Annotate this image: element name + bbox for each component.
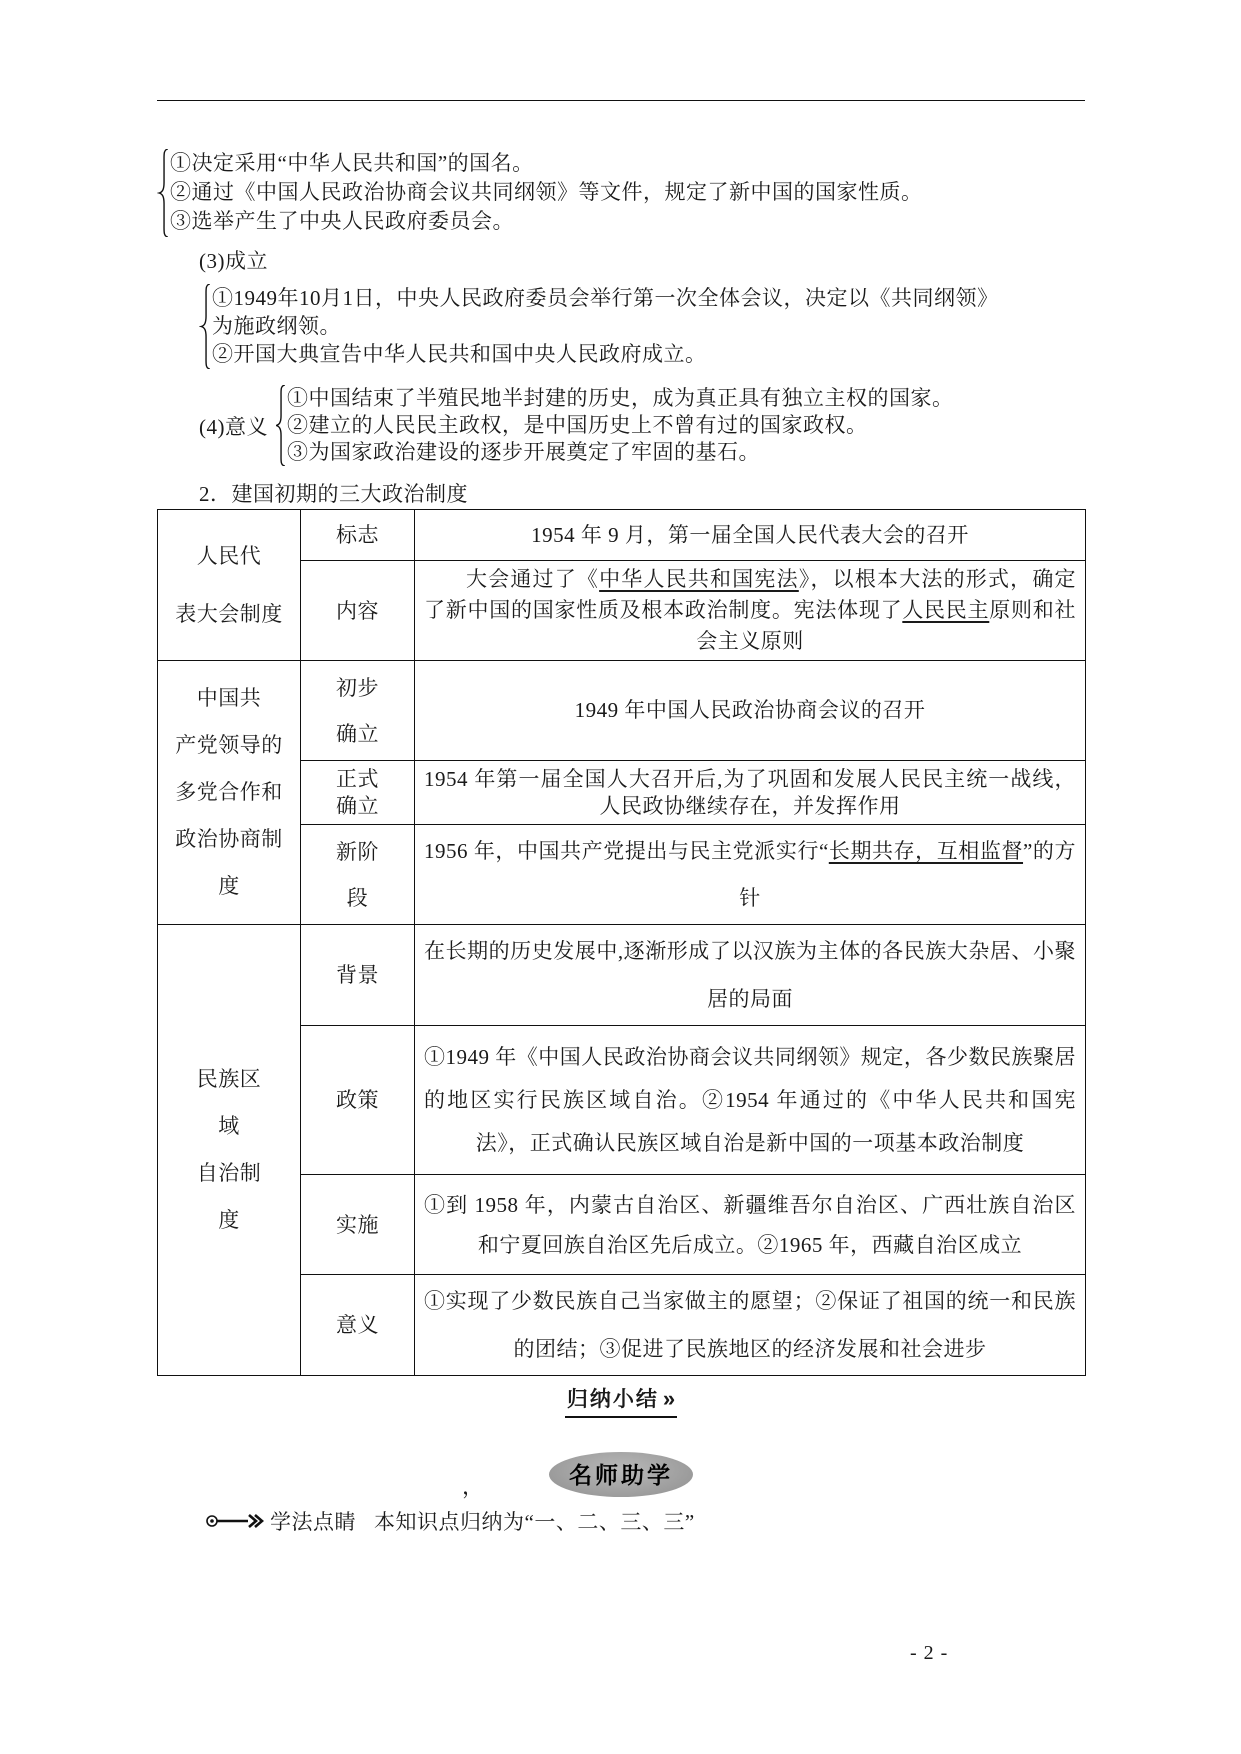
table-row-label-cell: 正式 确立: [301, 761, 415, 825]
section-heading: 2．建国初期的三大政治制度: [199, 478, 468, 508]
table-row-label-cell: 新阶 段: [301, 825, 415, 925]
double-arrow-icon: »: [663, 1386, 675, 1411]
table-row: 民族区 域 自治制 度 背景 在长期的历史发展中,逐渐形成了以汉族为主体的各民族…: [158, 925, 1086, 1026]
study-tip-line: 学法点睛 本知识点归纳为“一、二、三、三”: [204, 1506, 695, 1536]
table-row-label-cell: 政策: [301, 1026, 415, 1175]
text-segment: 在长期的历史发展中,逐渐形成了以汉族为主体的各民族大杂居、小聚居的局面: [424, 939, 1076, 1011]
establish-list: ①1949年10月1日，中央人民政府委员会举行第一次全体会议，决定以《共同纲领》…: [212, 284, 999, 369]
text-segment: ①1949 年《中国人民政治协商会议共同纲领》规定，各少数民族聚居的地区实行民族…: [424, 1045, 1076, 1155]
resolution-brace-group: ①决定采用“中华人民共和国”的国名。②通过《中国人民政治协商会议共同纲领》等文件…: [157, 149, 923, 237]
table-row-content-cell: ①到 1958 年，内蒙古自治区、新疆维吾尔自治区、广西壮族自治区和宁夏回族自治…: [415, 1175, 1086, 1275]
text-segment: ①到 1958 年，内蒙古自治区、新疆维吾尔自治区、广西壮族自治区和宁夏回族自治…: [424, 1193, 1076, 1257]
page-number: - 2 -: [910, 1642, 948, 1665]
list-item: ③选举产生了中央人民政府委员会。: [170, 207, 923, 236]
text-segment: 大会通过了《: [466, 567, 599, 591]
underlined-term: 人民民主: [902, 598, 989, 622]
table-row-content-cell: 在长期的历史发展中,逐渐形成了以汉族为主体的各民族大杂居、小聚居的局面: [415, 925, 1086, 1026]
table-row-label-cell: 意义: [301, 1275, 415, 1376]
text-segment: 1954 年 9 月，第一届全国人民代表大会的召开: [531, 523, 969, 547]
table-row-content-cell: ①实现了少数民族自己当家做主的愿望；②保证了祖国的统一和民族的团结；③促进了民族…: [415, 1275, 1086, 1376]
left-brace-icon: [199, 284, 212, 369]
meaning-label: (4)意义: [199, 411, 268, 441]
table-row: 中国共 产党领导的 多党合作和 政治协商制 度 初步 确立 1949 年中国人民…: [158, 661, 1086, 761]
meaning-brace-group: (4)意义 ①中国结束了半殖民地半封建的历史，成为真正具有独立主权的国家。②建立…: [199, 385, 954, 466]
table-row-content-cell: 1954 年 9 月，第一届全国人民代表大会的召开: [415, 510, 1086, 561]
table-row-label-cell: 实施: [301, 1175, 415, 1275]
table-row-content-cell: 1956 年，中国共产党提出与民主党派实行“长期共存，互相监督”的方针: [415, 825, 1086, 925]
teacher-badge: 名师助学: [549, 1452, 693, 1497]
list-item: ①中国结束了半殖民地半封建的历史，成为真正具有独立主权的国家。: [287, 385, 954, 412]
politics-systems-table: 人民代 表大会制度 标志 1954 年 9 月，第一届全国人民代表大会的召开 内…: [157, 509, 1086, 1376]
table-row-content-cell: 1954 年第一届全国人大召开后,为了巩固和发展人民民主统一战线，人民政协继续存…: [415, 761, 1086, 825]
table-row-label-cell: 初步 确立: [301, 661, 415, 761]
table-section-title-cell: 人民代 表大会制度: [158, 510, 301, 661]
resolution-list: ①决定采用“中华人民共和国”的国名。②通过《中国人民政治协商会议共同纲领》等文件…: [170, 149, 923, 237]
table-row-label-cell: 内容: [301, 561, 415, 661]
table-section-title-cell: 中国共 产党领导的 多党合作和 政治协商制 度: [158, 661, 301, 925]
underlined-term: 长期共存，互相监督: [829, 839, 1023, 863]
summary-heading: 归纳小结»: [565, 1383, 677, 1418]
list-item: ①1949年10月1日，中央人民政府委员会举行第一次全体会议，决定以《共同纲领》…: [212, 284, 999, 340]
summary-heading-wrap: 归纳小结»: [157, 1383, 1085, 1418]
tip-pointer-icon: [204, 1512, 266, 1530]
teacher-badge-wrap: 名师助学: [157, 1452, 1085, 1497]
establish-label: (3)成立: [199, 245, 268, 275]
list-item: ①决定采用“中华人民共和国”的国名。: [170, 149, 923, 178]
comma-mark: ，: [462, 1470, 484, 1501]
summary-title: 归纳小结: [567, 1388, 659, 1411]
table-section-title-cell: 民族区 域 自治制 度: [158, 925, 301, 1376]
header-rule: [157, 100, 1085, 101]
text-segment: 1954 年第一届全国人大召开后,为了巩固和发展人民民主统一战线，人民政协继续存…: [424, 767, 1076, 818]
tip-text: 本知识点归纳为“一、二、三、三”: [374, 1506, 695, 1536]
list-item: ②开国大典宣告中华人民共和国中央人民政府成立。: [212, 340, 999, 368]
table-row-content-cell: ①1949 年《中国人民政治协商会议共同纲领》规定，各少数民族聚居的地区实行民族…: [415, 1026, 1086, 1175]
list-item: ③为国家政治建设的逐步开展奠定了牢固的基石。: [287, 439, 954, 466]
tip-label: 学法点睛: [270, 1506, 356, 1536]
table-row-label-cell: 背景: [301, 925, 415, 1026]
table-row-content-cell: 大会通过了《中华人民共和国宪法》，以根本大法的形式，确定了新中国的国家性质及根本…: [415, 561, 1086, 661]
document-page: ①决定采用“中华人民共和国”的国名。②通过《中国人民政治协商会议共同纲领》等文件…: [0, 0, 1241, 1754]
meaning-list: ①中国结束了半殖民地半封建的历史，成为真正具有独立主权的国家。②建立的人民民主政…: [287, 385, 954, 466]
table-row: 人民代 表大会制度 标志 1954 年 9 月，第一届全国人民代表大会的召开: [158, 510, 1086, 561]
text-segment: 1949 年中国人民政治协商会议的召开: [575, 698, 926, 722]
text-segment: 1956 年，中国共产党提出与民主党派实行“: [424, 839, 829, 863]
text-segment: ①实现了少数民族自己当家做主的愿望；②保证了祖国的统一和民族的团结；③促进了民族…: [424, 1289, 1076, 1361]
list-item: ②建立的人民民主政权，是中国历史上不曾有过的国家政权。: [287, 412, 954, 439]
list-item: ②通过《中国人民政治协商会议共同纲领》等文件，规定了新中国的国家性质。: [170, 178, 923, 207]
left-brace-icon: [157, 149, 170, 237]
left-brace-icon: [274, 385, 287, 466]
underlined-term: 中华人民共和国宪法: [599, 567, 799, 591]
table-row-content-cell: 1949 年中国人民政治协商会议的召开: [415, 661, 1086, 761]
table-row-label-cell: 标志: [301, 510, 415, 561]
establish-brace-group: ①1949年10月1日，中央人民政府委员会举行第一次全体会议，决定以《共同纲领》…: [199, 284, 999, 369]
